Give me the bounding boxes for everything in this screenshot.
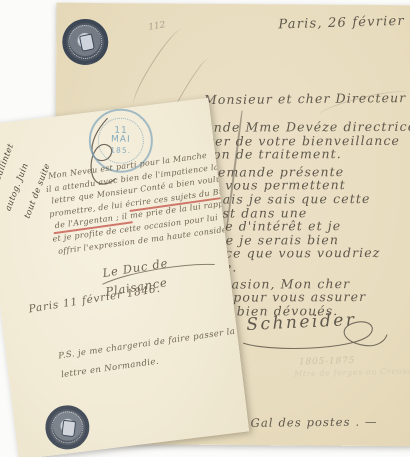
signature-flourish-icon	[238, 311, 390, 360]
letter-plaisance-1846: Exp. Ballintet autog. Juin tout de suite…	[0, 98, 249, 457]
pencil-note: Mtre de forges au Creusot	[294, 366, 410, 378]
plaisance-dateline: Paris 11 février 1846.	[28, 283, 162, 316]
stamp-day: 11	[114, 126, 128, 136]
schneider-salutation: Monsieur et cher Directeur Général,	[204, 89, 410, 107]
schneider-signature: Schneider	[246, 310, 357, 335]
schneider-dateline: Paris, 26 février 1863.	[278, 12, 410, 32]
pencil-dates: 1805-1875	[299, 356, 355, 368]
auction-photo-two-letters: 112 Paris, 26 février 1863. Monsieur et …	[0, 0, 410, 457]
stamp-month: MAI	[111, 136, 131, 146]
stamp-year: 185.	[110, 145, 131, 155]
embossed-seal-icon	[58, 15, 112, 69]
pencil-number: 112	[148, 20, 167, 33]
plaisance-postscript: P.S. je me chargerai de faire passer la …	[57, 323, 239, 385]
seal-shield	[61, 420, 76, 437]
embossed-seal-icon	[43, 403, 92, 452]
